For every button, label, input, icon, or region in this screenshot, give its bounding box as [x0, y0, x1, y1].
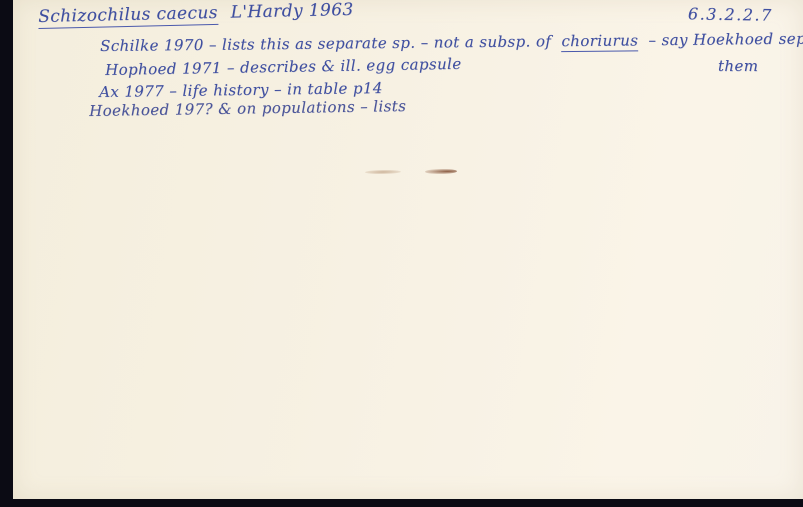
card-heading: Schizochilus caecus L'Hardy 1963: [38, 0, 354, 27]
species-name: Schizochilus caecus: [38, 3, 218, 29]
note-text: Schilke 1970 – lists this as separate sp…: [100, 32, 551, 55]
note-line-schilke: Schilke 1970 – lists this as separate sp…: [100, 29, 803, 55]
underlined-species-choriurus: choriurus: [561, 31, 638, 52]
note-line-hoekhoed-populations: Hoekhoed 197? & on populations – lists: [89, 97, 406, 120]
stain-mark-dark: [425, 169, 457, 175]
stain-mark-light: [365, 170, 401, 175]
photo-background: Schizochilus caecus L'Hardy 1963 6.3.2.2…: [0, 0, 803, 507]
note-line-hophoed-1971: Hophoed 1971 – describes & ill. egg caps…: [105, 55, 462, 79]
note-line-schilke-wrap: them: [718, 57, 758, 75]
note-text: – say Hoekhoed separates: [648, 29, 803, 49]
index-card: Schizochilus caecus L'Hardy 1963 6.3.2.2…: [13, 0, 803, 499]
catalog-number: 6.3.2.2.7: [688, 4, 773, 24]
author-year: L'Hardy 1963: [230, 0, 353, 23]
